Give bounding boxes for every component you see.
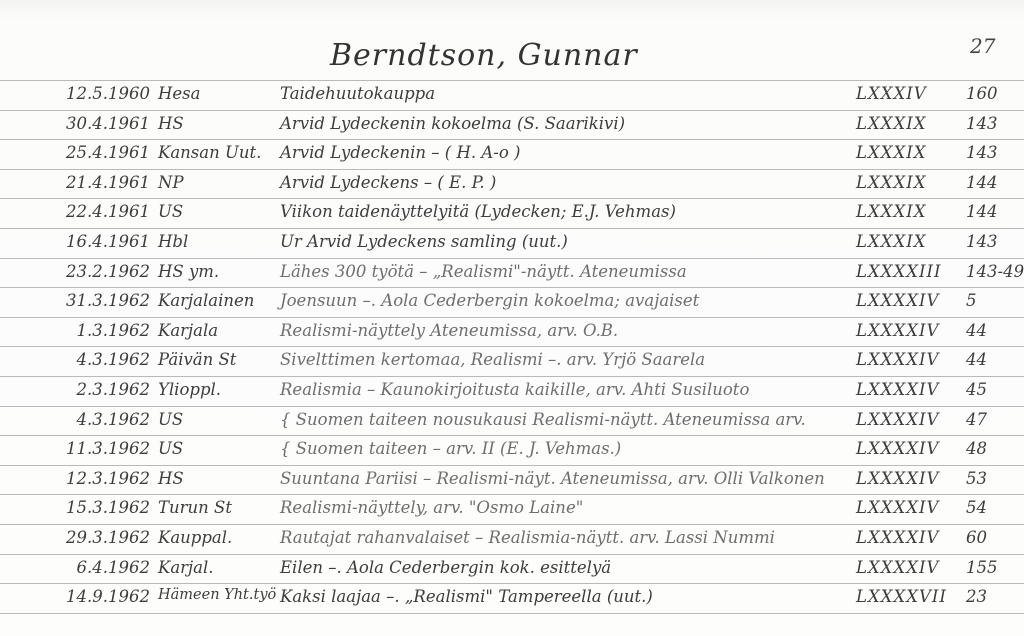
entry-date: 12.5.1960 <box>10 84 150 103</box>
entry-page: 143 <box>966 143 998 162</box>
entry-title: Joensuun –. Aola Cederbergin kokoelma; a… <box>280 291 699 310</box>
entry-date: 4.3.1962 <box>10 350 150 369</box>
entry-page: 47 <box>966 410 987 429</box>
entry-page: 23 <box>966 587 987 606</box>
entry-volume: LXXXXIV <box>856 558 939 577</box>
entry-title: Realismi-näyttely Ateneumissa, arv. O.B. <box>280 321 618 340</box>
entry-page: 60 <box>966 528 987 547</box>
entry-volume: LXXXXIV <box>856 380 939 399</box>
entry-page: 5 <box>966 291 977 310</box>
entry-volume: LXXXXIII <box>856 262 942 281</box>
entry-title: Kaksi laajaa –. „Realismi" Tampereella (… <box>280 587 653 606</box>
entry-title: Arvid Lydeckens – ( E. P. ) <box>280 173 496 192</box>
entry-source: Hbl <box>158 232 188 251</box>
entry-source: Kansan Uut. <box>158 143 261 162</box>
entry-page: 144 <box>966 173 998 192</box>
entry-volume: LXXXXIV <box>856 439 939 458</box>
entry-row: 1.3.1962KarjalaRealismi-näyttely Ateneum… <box>0 317 1024 346</box>
entry-row: 12.3.1962HSSuuntana Pariisi – Realismi-n… <box>0 465 1024 494</box>
entry-source: NP <box>158 173 184 192</box>
entry-source: Hesa <box>158 84 200 103</box>
entry-row: 14.9.1962Hämeen Yht.työKaksi laajaa –. „… <box>0 583 1024 612</box>
entry-title: { Suomen taiteen – arv. II (E. J. Vehmas… <box>280 439 621 458</box>
entry-volume: LXXXIX <box>856 232 926 251</box>
entry-page: 44 <box>966 350 987 369</box>
entry-page: 48 <box>966 439 987 458</box>
ruled-line <box>0 613 1024 614</box>
entry-date: 6.4.1962 <box>10 558 150 577</box>
entry-title: Eilen –. Aola Cederbergin kok. esittelyä <box>280 558 611 577</box>
entry-source: US <box>158 410 183 429</box>
entry-volume: LXXXXIV <box>856 528 939 547</box>
entry-title: Suuntana Pariisi – Realismi-näyt. Ateneu… <box>280 469 825 488</box>
index-card: Berndtson, Gunnar 27 12.5.1960HesaTaideh… <box>0 0 1024 636</box>
entry-row: 4.3.1962Päivän StSivelttimen kertomaa, R… <box>0 346 1024 375</box>
entry-volume: LXXXIX <box>856 114 926 133</box>
entry-page: 155 <box>966 558 998 577</box>
entry-volume: LXXXXVII <box>856 587 947 606</box>
entry-volume: LXXXXIV <box>856 291 939 310</box>
entry-source: HS <box>158 114 184 133</box>
entry-row: 23.2.1962HS ym.Lähes 300 työtä – „Realis… <box>0 258 1024 287</box>
entry-date: 15.3.1962 <box>10 498 150 517</box>
entry-source: Karjalainen <box>158 291 254 310</box>
entry-title: Arvid Lydeckenin kokoelma (S. Saarikivi) <box>280 114 625 133</box>
entry-row: 16.4.1961HblUr Arvid Lydeckens samling (… <box>0 228 1024 257</box>
entry-date: 21.4.1961 <box>10 173 150 192</box>
entry-source: US <box>158 439 183 458</box>
entry-source: Kauppal. <box>158 528 232 547</box>
entry-source: Ylioppl. <box>158 380 221 399</box>
entry-row: 2.3.1962Ylioppl.Realismia – Kaunokirjoit… <box>0 376 1024 405</box>
entry-volume: LXXXXIV <box>856 350 939 369</box>
entry-title: Realismi-näyttely, arv. "Osmo Laine" <box>280 498 583 517</box>
entry-date: 1.3.1962 <box>10 321 150 340</box>
entry-source: US <box>158 202 183 221</box>
entry-row: 15.3.1962Turun StRealismi-näyttely, arv.… <box>0 494 1024 523</box>
entry-source: Päivän St <box>158 350 236 369</box>
entry-source: Karjala <box>158 321 218 340</box>
entry-title: { Suomen taiteen nousukausi Realismi-näy… <box>280 410 806 429</box>
entry-page: 54 <box>966 498 987 517</box>
entry-page: 143 <box>966 114 998 133</box>
entry-page: 144 <box>966 202 998 221</box>
entry-title: Arvid Lydeckenin – ( H. A-o ) <box>280 143 520 162</box>
entry-source: Hämeen Yht.työ <box>158 587 276 603</box>
entry-page: 143 <box>966 232 998 251</box>
entry-date: 16.4.1961 <box>10 232 150 251</box>
entry-date: 11.3.1962 <box>10 439 150 458</box>
entry-date: 31.3.1962 <box>10 291 150 310</box>
entry-source: Karjal. <box>158 558 214 577</box>
entry-row: 22.4.1961USViikon taidenäyttelyitä (Lyde… <box>0 198 1024 227</box>
entry-volume: LXXXIX <box>856 173 926 192</box>
entry-volume: LXXXXIV <box>856 410 939 429</box>
entry-volume: LXXXXIV <box>856 498 939 517</box>
entry-source: HS ym. <box>158 262 219 281</box>
entry-row: 12.5.1960HesaTaidehuutokauppaLXXXIV160 <box>0 80 1024 109</box>
entry-date: 30.4.1961 <box>10 114 150 133</box>
entry-title: Realismia – Kaunokirjoitusta kaikille, a… <box>280 380 749 399</box>
entry-volume: LXXXIX <box>856 202 926 221</box>
entry-page: 44 <box>966 321 987 340</box>
entry-title: Ur Arvid Lydeckens samling (uut.) <box>280 232 568 251</box>
entry-date: 14.9.1962 <box>10 587 150 606</box>
entry-date: 2.3.1962 <box>10 380 150 399</box>
entry-volume: LXXXXIV <box>856 469 939 488</box>
entry-row: 4.3.1962US{ Suomen taiteen nousukausi Re… <box>0 406 1024 435</box>
entry-date: 23.2.1962 <box>10 262 150 281</box>
entry-page: 160 <box>966 84 998 103</box>
entry-page: 143-49 <box>966 262 1024 281</box>
entry-date: 22.4.1961 <box>10 202 150 221</box>
entry-date: 12.3.1962 <box>10 469 150 488</box>
entry-date: 25.4.1961 <box>10 143 150 162</box>
entry-row: 21.4.1961NPArvid Lydeckens – ( E. P. )LX… <box>0 169 1024 198</box>
entry-title: Sivelttimen kertomaa, Realismi –. arv. Y… <box>280 350 705 369</box>
entry-volume: LXXXXIV <box>856 321 939 340</box>
entry-title: Viikon taidenäyttelyitä (Lydecken; E.J. … <box>280 202 676 221</box>
entry-row: 25.4.1961Kansan Uut.Arvid Lydeckenin – (… <box>0 139 1024 168</box>
entry-date: 29.3.1962 <box>10 528 150 547</box>
entry-row: 31.3.1962KarjalainenJoensuun –. Aola Ced… <box>0 287 1024 316</box>
entry-volume: LXXXIV <box>856 84 927 103</box>
entry-title: Taidehuutokauppa <box>280 84 435 103</box>
entry-date: 4.3.1962 <box>10 410 150 429</box>
entry-page: 53 <box>966 469 987 488</box>
entry-row: 30.4.1961HSArvid Lydeckenin kokoelma (S.… <box>0 110 1024 139</box>
entry-row: 6.4.1962Karjal.Eilen –. Aola Cederbergin… <box>0 554 1024 583</box>
entry-title: Lähes 300 työtä – „Realismi"-näytt. Aten… <box>280 262 687 281</box>
entry-source: Turun St <box>158 498 232 517</box>
entry-title: Rautajat rahanvalaiset – Realismia-näytt… <box>280 528 775 547</box>
entry-page: 45 <box>966 380 987 399</box>
entry-row: 29.3.1962Kauppal.Rautajat rahanvalaiset … <box>0 524 1024 553</box>
entry-volume: LXXXIX <box>856 143 926 162</box>
entry-source: HS <box>158 469 184 488</box>
entry-row: 11.3.1962US{ Suomen taiteen – arv. II (E… <box>0 435 1024 464</box>
